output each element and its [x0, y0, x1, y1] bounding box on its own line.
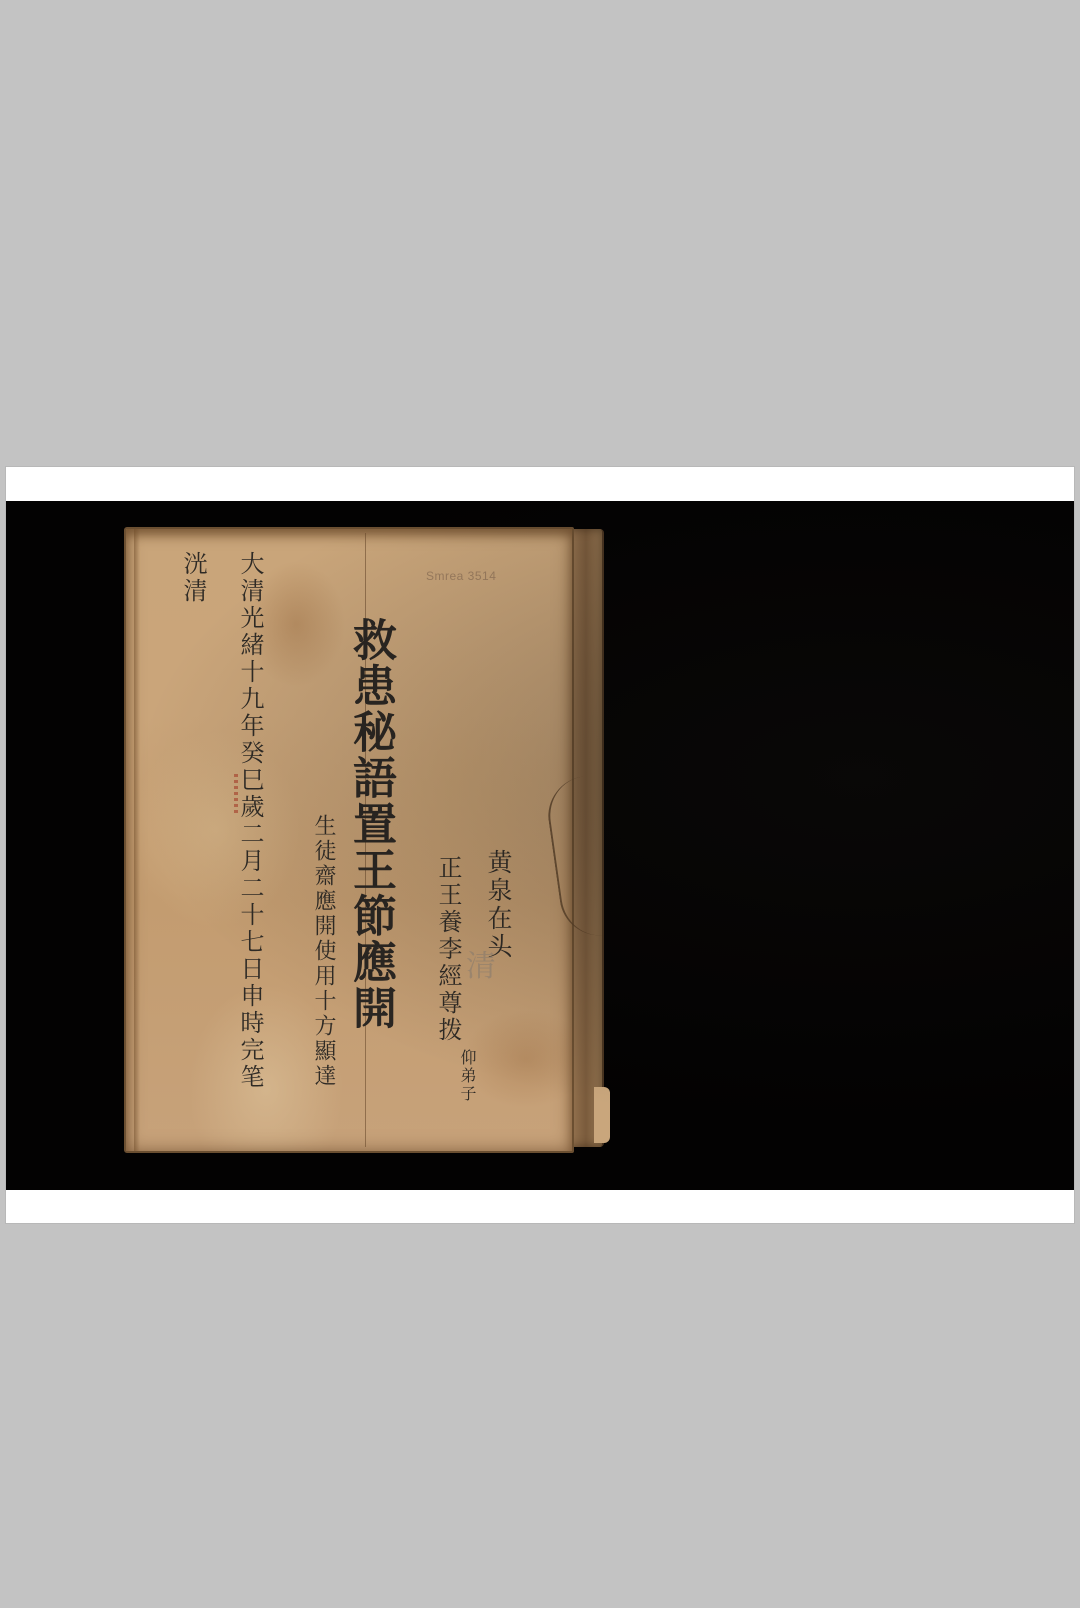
scan-photo: Smrea 3514 洸清 大清光緒十九年癸巳歲二月二十七日申時完笔 救患秘語置… [6, 501, 1074, 1190]
right-inscription-b-small: 仰弟子 [459, 1049, 475, 1103]
manuscript-title: 救患秘語置王節應開 [348, 617, 392, 1031]
image-frame: Smrea 3514 洸清 大清光緒十九年癸巳歲二月二十七日申時完笔 救患秘語置… [6, 467, 1074, 1223]
book-cover: Smrea 3514 洸清 大清光緒十九年癸巳歲二月二十七日申時完笔 救患秘語置… [124, 527, 574, 1153]
date-inscription-text: 大清光緒十九年癸巳歲二月二十七日申時完笔 [238, 551, 262, 1091]
faint-stamp-mark: 清 [466, 941, 496, 985]
manuscript-book: Smrea 3514 洸清 大清光緒十九年癸巳歲二月二十七日申時完笔 救患秘語置… [124, 527, 614, 1157]
owner-name-text: 洸清 [181, 551, 205, 605]
spine-tab [594, 1087, 610, 1143]
shelfmark-label: Smrea 3514 [426, 569, 496, 583]
right-inscription-b: 正王養李經尊拨 [436, 855, 460, 1044]
student-inscription-text: 生徒齋應開使用十方顯達 [312, 814, 334, 1089]
